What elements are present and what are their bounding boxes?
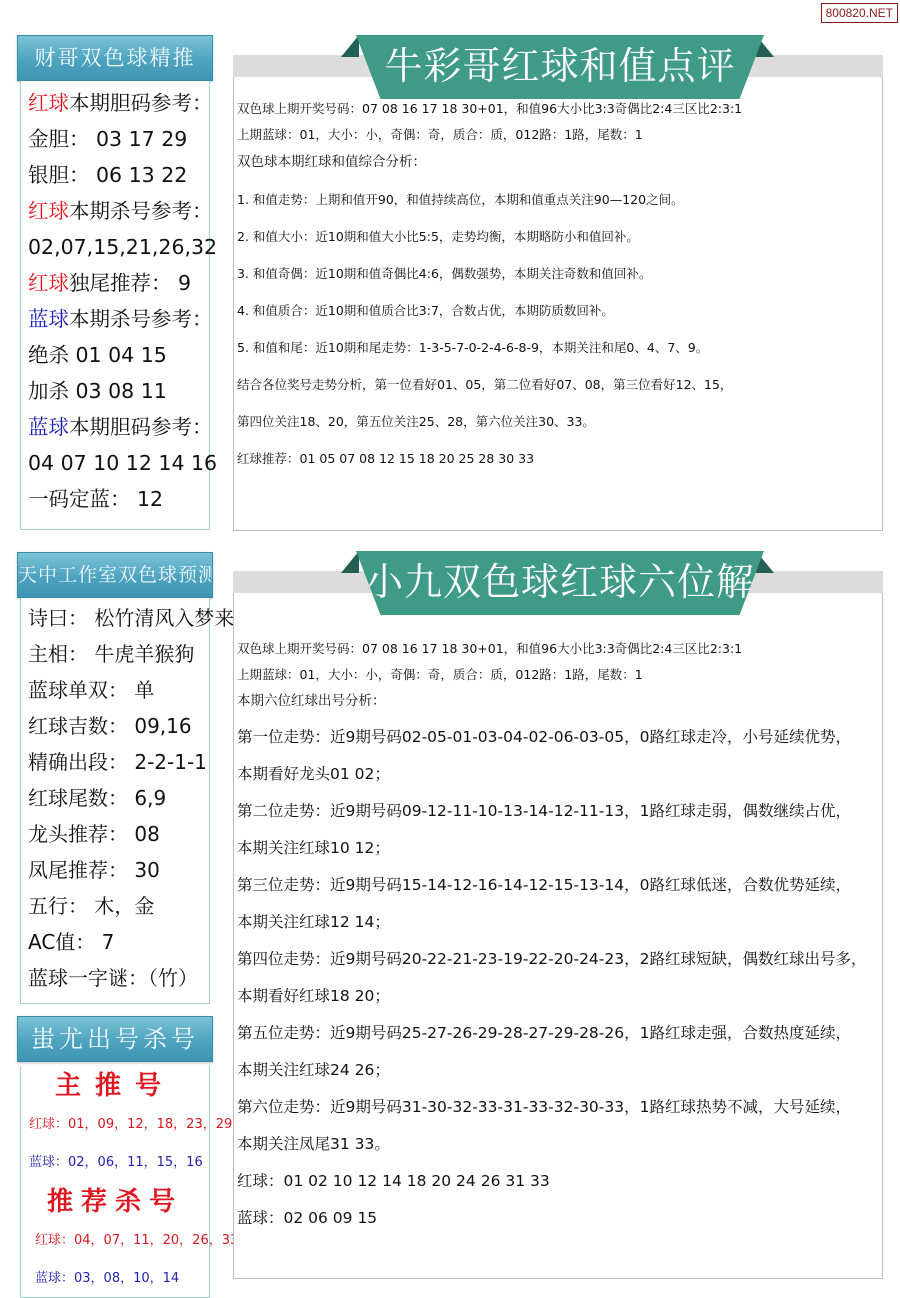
row-text: 独尾推荐： 9 [69,271,191,295]
content-line: 本期六位红球出号分析： [237,689,386,709]
tianzhong-panel-title: 天中工作室双色球预测 [17,552,213,598]
kill-red-picks: 红球：04，07，11，20，26，33 [21,1222,209,1260]
content-line: 本期关注红球24 26； [237,1058,390,1080]
tianzhong-row: 红球尾数： 6,9 [28,780,209,816]
caige-row: 银胆： 06 13 22 [28,157,209,193]
caige-row: 蓝球本期胆码参考： [28,409,209,445]
content-line: 上期蓝球：01，大小：小，奇偶：奇，质合：质，012路：1路，尾数：1 [237,125,643,143]
row-text: 本期杀号参考： [69,199,213,223]
content-line: 本期关注红球12 14； [237,910,390,932]
caige-row: 04 07 10 12 14 16 [28,445,209,481]
content-line: 上期蓝球：01，大小：小，奇偶：奇，质合：质，012路：1路，尾数：1 [237,665,643,683]
row-text: 本期胆码参考： [69,415,213,439]
caige-row: 加杀 03 08 11 [28,373,209,409]
tianzhong-panel: 天中工作室双色球预测 诗曰： 松竹清风入梦来 主相： 牛虎羊猴狗 蓝球单双： 单… [17,552,213,1004]
chiyou-panel-title: 蚩尤出号杀号 [17,1016,213,1062]
caige-panel-body: 红球本期胆码参考： 金胆： 03 17 29 银胆： 06 13 22 红球本期… [20,81,210,530]
ribbon-fold-left [341,551,359,573]
tianzhong-row: 红球吉数： 09,16 [28,708,209,744]
red-ball-label: 红球 [28,199,69,223]
blue-ball-label: 蓝球 [28,415,69,439]
red-ball-picks: 红球：01 02 10 12 14 18 20 24 26 31 33 [237,1169,550,1191]
content-line: 本期看好红球18 20； [237,984,390,1006]
red-ball-label: 红球 [28,91,69,115]
xiaojiu-content: 双色球上期开奖号码：07 08 16 17 18 30+01，和值96大小比3:… [233,593,883,1279]
row-text: 本期胆码参考： [69,91,213,115]
content-line: 第四位关注18、20，第五位关注25、28，第六位关注30、33。 [237,412,595,430]
chiyou-panel-body: 主推号 红球：01，09，12，18，23，29 蓝球：02，06，11，15，… [20,1066,210,1298]
caige-row: 蓝球本期杀号参考： [28,301,209,337]
tianzhong-row: 精确出段： 2-2-1-1 [28,744,209,780]
content-line: 第四位走势：近9期号码20-22-21-23-19-22-20-24-23，2路… [237,947,866,969]
content-line: 双色球上期开奖号码：07 08 16 17 18 30+01，和值96大小比3:… [237,99,742,117]
caige-panel-title: 财哥双色球精推 [17,35,213,81]
red-ball-label: 红球 [28,271,69,295]
xiaojiu-banner-title: 小九双色球红球六位解析 [356,551,764,615]
main-blue-picks: 蓝球：02，06，11，15，16 [21,1144,209,1182]
caige-row: 红球独尾推荐： 9 [28,265,209,301]
site-watermark: 800820.NET [821,3,898,23]
niucaige-banner-title: 牛彩哥红球和值点评 [356,35,764,99]
content-line: 双色球本期红球和值综合分析： [237,150,426,170]
tianzhong-row: AC值： 7 [28,924,209,960]
content-line: 第一位走势：近9期号码02-05-01-03-04-02-06-03-05，0路… [237,725,851,747]
caige-row: 02,07,15,21,26,32 [28,229,209,265]
blue-ball-picks: 蓝球：02 06 09 15 [237,1206,377,1228]
content-line: 4. 和值质合：近10期和值质合比3:7，合数占优，本期防质数回补。 [237,301,614,319]
caige-row: 红球本期杀号参考： [28,193,209,229]
content-line: 2. 和值大小：近10期和值大小比5:5，走势均衡，本期略防小和值回补。 [237,227,639,245]
tianzhong-row: 蓝球一字谜：（竹） [28,960,209,996]
content-line: 第五位走势：近9期号码25-27-26-29-28-27-29-28-26，1路… [237,1021,851,1043]
tianzhong-panel-body: 诗曰： 松竹清风入梦来 主相： 牛虎羊猴狗 蓝球单双： 单 红球吉数： 09,1… [20,598,210,1004]
main-picks-heading: 主推号 [21,1066,209,1106]
blue-ball-label: 蓝球 [28,307,69,331]
tianzhong-row: 龙头推荐： 08 [28,816,209,852]
main-red-picks: 红球：01，09，12，18，23，29 [21,1106,209,1144]
content-line: 1. 和值走势：上期和值开90，和值持续高位，本期和值重点关注90—120之间。 [237,190,684,208]
content-line: 本期看好龙头01 02； [237,762,390,784]
content-line: 第三位走势：近9期号码15-14-12-16-14-12-15-13-14，0路… [237,873,851,895]
caige-row: 红球本期胆码参考： [28,85,209,121]
tianzhong-row: 五行： 木，金 [28,888,209,924]
content-line: 3. 和值奇偶：近10期和值奇偶比4:6，偶数强势，本期关注奇数和值回补。 [237,264,651,282]
content-line: 红球推荐：01 05 07 08 12 15 18 20 25 28 30 33 [237,449,534,467]
tianzhong-row: 主相： 牛虎羊猴狗 [28,636,209,672]
tianzhong-row: 凤尾推荐： 30 [28,852,209,888]
content-line: 第六位走势：近9期号码31-30-32-33-31-33-32-30-33，1路… [237,1095,851,1117]
ribbon-fold-left [341,35,359,57]
caige-row: 金胆： 03 17 29 [28,121,209,157]
content-line: 第二位走势：近9期号码09-12-11-10-13-14-12-11-13，1路… [237,799,851,821]
chiyou-panel: 蚩尤出号杀号 主推号 红球：01，09，12，18，23，29 蓝球：02，06… [17,1016,213,1298]
content-line: 双色球上期开奖号码：07 08 16 17 18 30+01，和值96大小比3:… [237,639,742,657]
niucaige-panel: 双色球上期开奖号码：07 08 16 17 18 30+01，和值96大小比3:… [233,35,883,531]
caige-panel: 财哥双色球精推 红球本期胆码参考： 金胆： 03 17 29 银胆： 06 13… [17,35,213,530]
caige-row: 一码定蓝： 12 [28,481,209,517]
tianzhong-row: 蓝球单双： 单 [28,672,209,708]
caige-row: 绝杀 01 04 15 [28,337,209,373]
content-line: 结合各位奖号走势分析，第一位看好01、05，第二位看好07、08，第三位看好12… [237,375,732,393]
content-line: 本期关注红球10 12； [237,836,390,858]
content-line: 本期关注凤尾31 33。 [237,1132,390,1154]
kill-picks-heading: 推荐杀号 [21,1182,209,1222]
content-line: 5. 和值和尾：近10期和尾走势：1-3-5-7-0-2-4-6-8-9，本期关… [237,338,708,356]
niucaige-content: 双色球上期开奖号码：07 08 16 17 18 30+01，和值96大小比3:… [233,77,883,531]
tianzhong-row: 诗曰： 松竹清风入梦来 [28,600,209,636]
xiaojiu-panel: 双色球上期开奖号码：07 08 16 17 18 30+01，和值96大小比3:… [233,551,883,1279]
kill-blue-picks: 蓝球：03，08，10，14 [21,1260,209,1298]
row-text: 本期杀号参考： [69,307,213,331]
